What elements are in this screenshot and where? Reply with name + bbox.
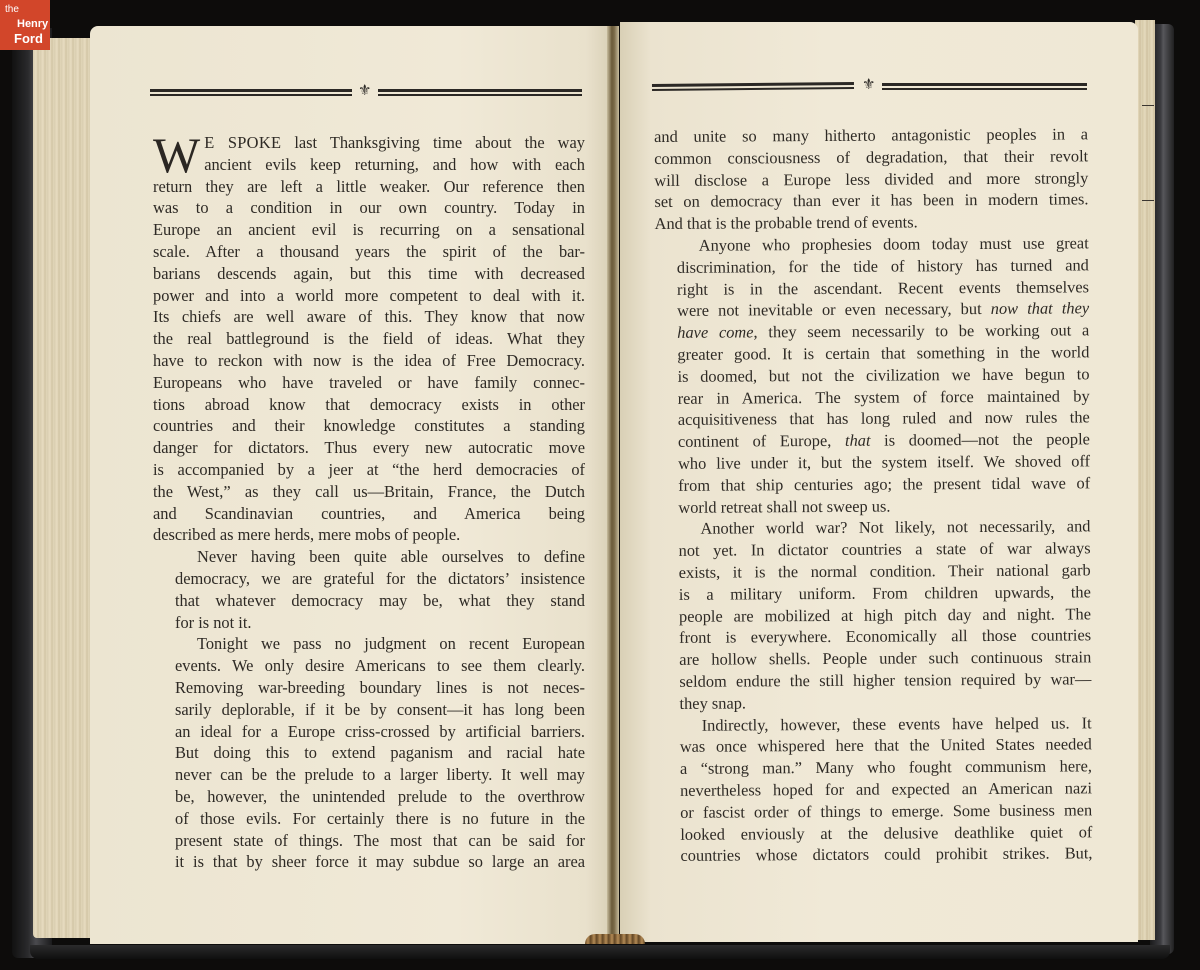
opening-words: E SPOKE xyxy=(204,133,281,152)
text-line: tions abroad know that democracy exists … xyxy=(153,394,585,416)
book-cover-bottom xyxy=(30,945,1170,959)
text-line: that whatever democracy may be, what the… xyxy=(153,590,585,612)
text-line: and Scandinavian countries, and America … xyxy=(153,503,585,525)
text-line: return they are left a little weaker. Ou… xyxy=(153,176,585,198)
double-rule xyxy=(882,83,1087,91)
text-line: barians descends again, but this time wi… xyxy=(153,263,585,285)
text-line: countries and their knowledge constitute… xyxy=(153,415,585,437)
text-line: the West,” as they call us—Britain, Fran… xyxy=(153,481,585,503)
text-line: acquisitiveness that has long ruled and … xyxy=(656,407,1090,431)
text-line: an ideal for a Europe criss-crossed by a… xyxy=(153,721,585,743)
text-line: scale. After a thousand years the spirit… xyxy=(153,241,585,263)
book-spine-gutter xyxy=(607,26,619,944)
text-line: have to reckon with now is the idea of F… xyxy=(153,350,585,372)
paragraph: W E SPOKE last Thanksgiving time about t… xyxy=(153,132,585,546)
text-line: Never having been quite able ourselves t… xyxy=(153,546,585,568)
paragraph: Anyone who prophesies doom today must us… xyxy=(655,232,1091,518)
paragraph: Indirectly, however, these events have h… xyxy=(658,712,1093,867)
text-line: discrimination, for the tide of history … xyxy=(655,254,1089,278)
text-line: Removing war-breeding boundary lines is … xyxy=(153,677,585,699)
header-ornament-right: ⚜ xyxy=(652,80,1087,94)
page-edges-right xyxy=(1135,20,1155,940)
text-line: is doomed, but not the civilization we h… xyxy=(655,363,1089,387)
logo-text-the: the xyxy=(5,5,19,15)
text-line: from that ship centuries ago; the presen… xyxy=(656,472,1090,496)
text-line: for is not it. xyxy=(153,612,585,634)
double-rule xyxy=(150,89,352,97)
spine-headband xyxy=(585,934,645,944)
italic-phrase: have come xyxy=(677,323,753,342)
text-line: Another world war? Not likely, not neces… xyxy=(656,516,1090,540)
text-line: events. We only desire Americans to see … xyxy=(153,655,585,677)
logo-text-henry: Henry xyxy=(17,19,48,30)
text-line: nevertheless hoped for and expected an A… xyxy=(658,777,1092,801)
text-line: Tonight we pass no judgment on recent Eu… xyxy=(153,633,585,655)
text-line: Indirectly, however, these events have h… xyxy=(658,712,1092,736)
text-line: power and into a world more competent to… xyxy=(153,285,585,307)
text-line: front is everywhere. Economically all th… xyxy=(657,625,1091,649)
text-segment: continent of Europe, xyxy=(678,431,845,451)
text-line: is a military uniform. From children upw… xyxy=(657,581,1091,605)
text-line: exists, it is the normal condition. Thei… xyxy=(657,559,1091,583)
text-line: ancient evils keep returning, and how wi… xyxy=(153,154,585,176)
text-line: Anyone who prophesies doom today must us… xyxy=(655,232,1089,256)
drop-cap: W xyxy=(153,134,200,175)
paragraph: Tonight we pass no judgment on recent Eu… xyxy=(153,633,585,873)
text-line: set on democracy than ever it has been i… xyxy=(654,189,1088,213)
text-line: right is in the ascendant. Recent events… xyxy=(655,276,1089,300)
fleur-de-lis-icon: ⚜ xyxy=(862,77,875,92)
text-line: they snap. xyxy=(657,690,1091,714)
text-line: present state of things. The most that c… xyxy=(153,830,585,852)
text-line: is accompanied by a jeer at “the herd de… xyxy=(153,459,585,481)
text-line: never can be the prelude to a larger lib… xyxy=(153,764,585,786)
paragraph: Another world war? Not likely, not neces… xyxy=(656,516,1091,715)
right-page-text: and unite so many hitherto antagonistic … xyxy=(654,123,1093,867)
double-rule xyxy=(652,82,854,92)
text-line: Europe an ancient evil is recurring on a… xyxy=(153,219,585,241)
text-line: Europeans who have traveled or have fami… xyxy=(153,372,585,394)
text-line: Its chiefs are well aware of this. They … xyxy=(153,306,585,328)
text-line: it is that by sheer force it may subdue … xyxy=(153,851,585,873)
text-line: will disclose a Europe less divided and … xyxy=(654,167,1088,191)
text-line-content: last Thanksgiving time about the way xyxy=(281,133,585,152)
page-edges-left xyxy=(33,38,91,938)
text-line: was once whispered here that the United … xyxy=(658,734,1092,758)
text-line: was to a condition in our own country. T… xyxy=(153,197,585,219)
text-segment: , they seem necessarily to be working ou… xyxy=(753,321,1089,342)
header-ornament-left: ⚜ xyxy=(150,86,582,100)
text-line: E SPOKE last Thanksgiving time about the… xyxy=(153,132,585,154)
fleur-de-lis-icon: ⚜ xyxy=(358,83,371,98)
text-line: people are mobilized at high pitch day a… xyxy=(657,603,1091,627)
page-edge-mark xyxy=(1142,200,1154,201)
text-line: or fascist order of things to emerge. So… xyxy=(658,799,1092,823)
text-line: and unite so many hitherto antagonistic … xyxy=(654,123,1088,147)
text-line: And that is the probable trend of events… xyxy=(655,211,1089,235)
text-line: greater good. It is certain that somethi… xyxy=(655,341,1089,365)
paragraph: and unite so many hitherto antagonistic … xyxy=(654,123,1089,235)
text-line: the real battleground is the field of id… xyxy=(153,328,585,350)
left-page-text: W E SPOKE last Thanksgiving time about t… xyxy=(153,132,585,873)
text-line: countries whose dictators could prohibit… xyxy=(658,843,1092,867)
page-edge-mark xyxy=(1142,105,1154,106)
italic-phrase: that xyxy=(845,431,871,450)
text-line: described as mere herds, mere mobs of pe… xyxy=(153,524,585,546)
text-line: a “strong man.” Many who fought communis… xyxy=(658,755,1092,779)
text-line: who live under it, but the system itself… xyxy=(656,450,1090,474)
italic-phrase: now that they xyxy=(991,299,1090,319)
text-segment: is doomed—not the people xyxy=(870,429,1090,449)
text-line: were not inevitable or even necessary, b… xyxy=(655,298,1089,322)
henry-ford-logo: the Henry Ford xyxy=(0,0,50,50)
text-line: looked enviously at the delusive deathli… xyxy=(658,821,1092,845)
text-line: seldom endure the still higher tension r… xyxy=(657,668,1091,692)
text-line: But doing this to extend paganism and ra… xyxy=(153,742,585,764)
text-line: sarily deplorable, if it be by consent—i… xyxy=(153,699,585,721)
text-line: have come, they seem necessarily to be w… xyxy=(655,320,1089,344)
text-line: danger for dictators. Thus every new aut… xyxy=(153,437,585,459)
text-line: not yet. In dictator countries a state o… xyxy=(657,537,1091,561)
double-rule xyxy=(378,89,582,97)
text-line: be, however, the unintended prelude to t… xyxy=(153,786,585,808)
text-line: continent of Europe, that is doomed—not … xyxy=(656,428,1090,452)
paragraph: Never having been quite able ourselves t… xyxy=(153,546,585,633)
text-line: of those evils. For certainly there is n… xyxy=(153,808,585,830)
text-line: rear in America. The system of force mai… xyxy=(656,385,1090,409)
text-line: world retreat shall not sweep us. xyxy=(656,494,1090,518)
text-line: democracy, we are grateful for the dicta… xyxy=(153,568,585,590)
text-segment: were not inevitable or even necessary, b… xyxy=(677,299,991,320)
text-line: common consciousness of degradation, tha… xyxy=(654,145,1088,169)
text-line: are hollow shells. People under such con… xyxy=(657,646,1091,670)
logo-text-ford: Ford xyxy=(14,32,43,45)
